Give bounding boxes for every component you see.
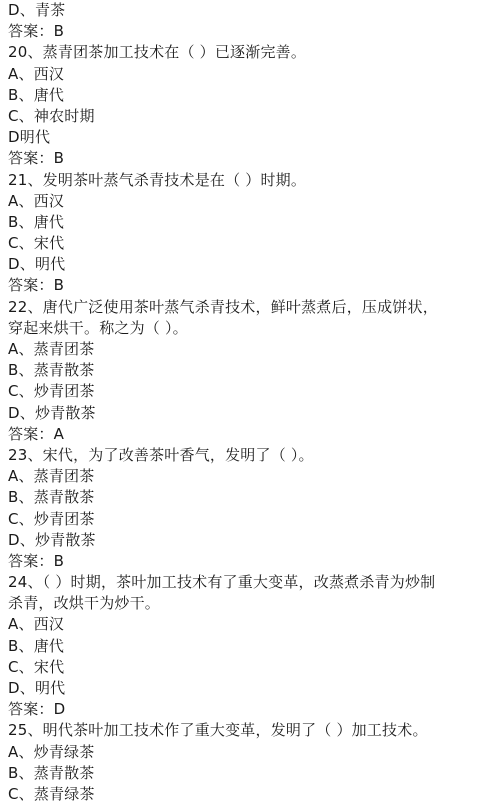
option-line: A、炒青绿茶 xyxy=(8,742,493,763)
option-line: C、炒青团茶 xyxy=(8,509,493,530)
option-line: A、西汉 xyxy=(8,614,493,635)
option-line: D、明代 xyxy=(8,678,493,699)
option-line: B、唐代 xyxy=(8,85,493,106)
answer-line: 答案：D xyxy=(8,699,493,720)
option-line: B、蒸青散茶 xyxy=(8,763,493,784)
answer-line: 答案：B xyxy=(8,275,493,296)
option-line: C、宋代 xyxy=(8,233,493,254)
option-line: D明代 xyxy=(8,127,493,148)
question-line: 20、蒸青团茶加工技术在（ ）已逐渐完善。 xyxy=(8,42,493,63)
option-line: C、蒸青绿茶 xyxy=(8,784,493,805)
option-line: D、炒青散茶 xyxy=(8,530,493,551)
option-line: D、炒青散茶 xyxy=(8,403,493,424)
question-line: 24、（ ）时期，茶叶加工技术有了重大变革，改蒸煮杀青为炒制 xyxy=(8,572,493,593)
question-line: 23、宋代，为了改善茶叶香气，发明了（ ）。 xyxy=(8,445,493,466)
option-line: C、炒青团茶 xyxy=(8,381,493,402)
question-line: 杀青，改烘干为炒干。 xyxy=(8,593,493,614)
option-line: B、唐代 xyxy=(8,636,493,657)
answer-line: 答案：B xyxy=(8,21,493,42)
option-line: A、蒸青团茶 xyxy=(8,339,493,360)
option-line: B、唐代 xyxy=(8,212,493,233)
option-line: A、西汉 xyxy=(8,191,493,212)
question-line: 21、发明茶叶蒸气杀青技术是在（ ）时期。 xyxy=(8,170,493,191)
quiz-document: D、青茶 答案：B 20、蒸青团茶加工技术在（ ）已逐渐完善。 A、西汉 B、唐… xyxy=(8,0,493,805)
question-line: 25、明代茶叶加工技术作了重大变革，发明了（ ）加工技术。 xyxy=(8,720,493,741)
option-line: B、蒸青散茶 xyxy=(8,487,493,508)
option-line: D、青茶 xyxy=(8,0,493,21)
answer-line: 答案：B xyxy=(8,148,493,169)
option-line: C、宋代 xyxy=(8,657,493,678)
option-line: C、神农时期 xyxy=(8,106,493,127)
question-line: 穿起来烘干。称之为（ ）。 xyxy=(8,318,493,339)
option-line: D、明代 xyxy=(8,254,493,275)
option-line: A、西汉 xyxy=(8,64,493,85)
answer-line: 答案：B xyxy=(8,551,493,572)
answer-line: 答案：A xyxy=(8,424,493,445)
option-line: B、蒸青散茶 xyxy=(8,360,493,381)
option-line: A、蒸青团茶 xyxy=(8,466,493,487)
question-line: 22、唐代广泛使用茶叶蒸气杀青技术，鲜叶蒸煮后，压成饼状， xyxy=(8,297,493,318)
